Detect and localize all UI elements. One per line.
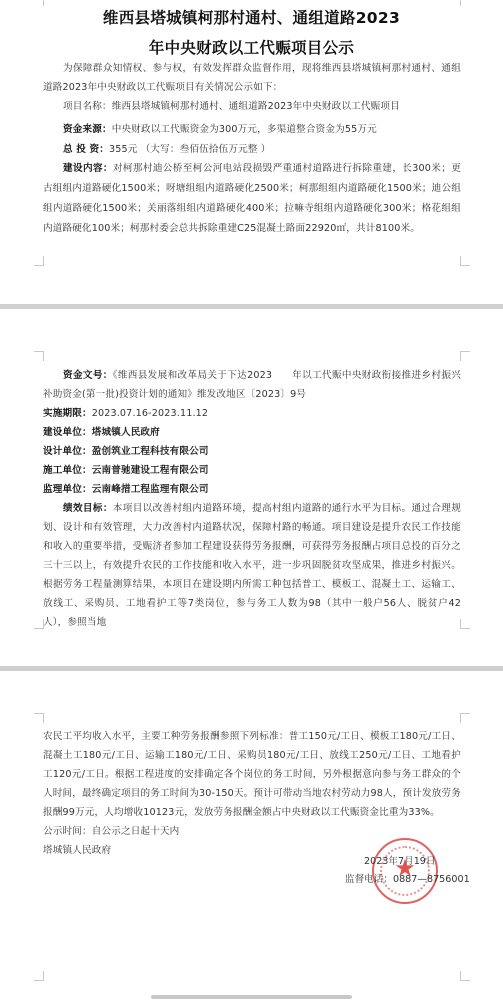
intro-text-2: 路2023年中央财政以工代赈项目有关情况公示如下： xyxy=(53,82,283,93)
performance-goal-label: 绩效目标： xyxy=(63,503,113,514)
total-investment-value: 355元 （大写：叁佰伍拾伍万元整 ） xyxy=(109,144,271,155)
document-page-1: 维西县塔城镇柯那村通村、通组道路2023 年中央财政以工代赈项目公示 为保障群众… xyxy=(0,0,503,304)
contractor-value: 云南普驰建设工程有限公司 xyxy=(92,465,209,476)
document-page-2: 资金文号：《维西县发展和改革局关于下达2023 年以工代赈中央财政衔接推进乡村振… xyxy=(0,309,503,666)
document-page-3: 农民工平均收入水平，主要工种劳务报酬参照下列标准：普工150元/工日、模板工18… xyxy=(0,671,503,1000)
period-label: 实施期限： xyxy=(43,408,92,419)
project-name-value: 维西县塔城镇柯那村通村、通组道路2023年中央财政以工代赈项目 xyxy=(112,101,400,112)
fund-document-label: 资金文号： xyxy=(63,370,113,381)
supervisor-row: 监理单位：云南峰措工程监理有限公司 xyxy=(43,480,461,499)
performance-goal-text: 本项目以改善村组内道路环境，提高村组内道路的通行水平为目标。通过合理规划、设计和… xyxy=(43,503,461,628)
period-value: 2023.07.16-2023.11.12 xyxy=(92,408,208,419)
fund-source-value: 中央财政以工代赈资金为300万元，多渠道整合资金为55万元 xyxy=(112,124,377,135)
designer-row: 设计单位：盈创筑业工程科技有限公司 xyxy=(43,442,461,461)
home-indicator-bar[interactable] xyxy=(151,995,352,999)
builder-label: 建设单位： xyxy=(43,427,92,438)
performance-goal-paragraph: 绩效目标：本项目以改善村组内道路环境，提高村组内道路的通行水平为目标。通过合理规… xyxy=(43,499,461,632)
project-name-row: 项目名称：维西县塔城镇柯那村通村、通组道路2023年中央财政以工代赈项目 xyxy=(43,97,461,116)
construction-content-paragraph: 建设内容：对柯那村迪公桥至柯公河电站段损毁严重通村道路进行拆除重建，长300米；… xyxy=(43,159,461,239)
page-corner-mark xyxy=(34,713,44,723)
contractor-label: 施工单位： xyxy=(43,465,92,476)
supervision-hotline: 监督电话：0887—8756001 xyxy=(345,871,470,885)
page-corner-mark xyxy=(34,256,44,266)
construction-label: 建设内容： xyxy=(63,163,113,174)
issue-date: 2023年7月19日 xyxy=(364,853,436,867)
page-corner-mark xyxy=(460,713,470,723)
page-corner-mark xyxy=(460,256,470,266)
designer-value: 盈创筑业工程科技有限公司 xyxy=(92,446,209,457)
total-investment-label: 总 投 资： xyxy=(63,144,109,155)
page-corner-mark xyxy=(460,351,470,361)
document-title-line-2: 年中央财政以工代赈项目公示 xyxy=(0,36,503,58)
period-row: 实施期限：2023.07.16-2023.11.12 xyxy=(43,404,461,423)
supervisor-label: 监理单位： xyxy=(43,484,92,495)
designer-label: 设计单位： xyxy=(43,446,92,457)
intro-paragraph: 为保障群众知情权、参与权，有效发挥群众监督作用，现将维西县塔城镇柯那村通村、通组… xyxy=(43,59,461,97)
builder-value: 塔城镇人民政府 xyxy=(92,427,160,438)
contractor-row: 施工单位：云南普驰建设工程有限公司 xyxy=(43,461,461,480)
document-title-line-1: 维西县塔城镇柯那村通村、通组道路2023 xyxy=(0,6,503,28)
page-corner-mark xyxy=(460,971,470,981)
builder-row: 建设单位：塔城镇人民政府 xyxy=(43,423,461,442)
page-corner-mark xyxy=(460,619,470,629)
total-investment-row: 总 投 资：355元 （大写：叁佰伍拾伍万元整 ） xyxy=(43,140,461,159)
project-name-label: 项目名称： xyxy=(63,101,112,112)
performance-goal-continued: 农民工平均收入水平，主要工种劳务报酬参照下列标准：普工150元/工日、模板工18… xyxy=(43,727,461,822)
supervisor-value: 云南峰措工程监理有限公司 xyxy=(92,484,209,495)
page-corner-mark xyxy=(34,971,44,981)
fund-document-paragraph: 资金文号：《维西县发展和改革局关于下达2023 年以工代赈中央财政衔接推进乡村振… xyxy=(43,366,461,404)
fund-source-row: 资金来源：中央财政以工代赈资金为300万元，多渠道整合资金为55万元 xyxy=(43,120,461,139)
page-corner-mark xyxy=(34,351,44,361)
page-corner-mark xyxy=(34,619,44,629)
fund-source-label: 资金来源： xyxy=(63,124,112,135)
